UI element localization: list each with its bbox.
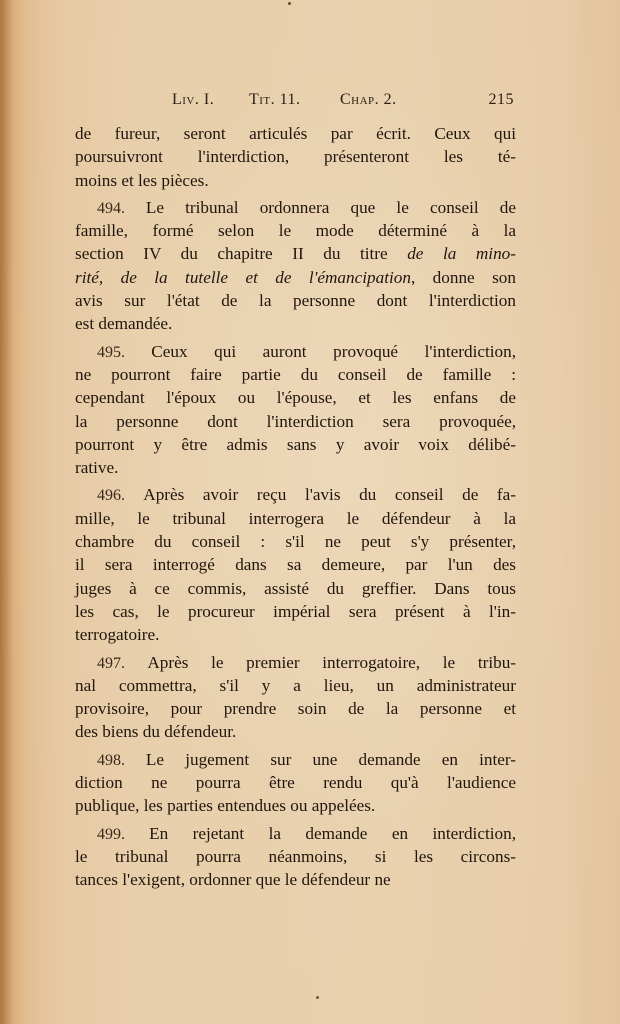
text-segment: nal commettra, s'il y a lieu, un adminis… (75, 676, 516, 695)
text-segment: mille, le tribunal interrogera le défend… (75, 509, 516, 528)
running-head-titre: Tit. 11. (249, 91, 301, 109)
text-segment: ne pourront faire partie du conseil de f… (75, 365, 516, 384)
text-line: de fureur, seront articulés par écrit. C… (75, 122, 516, 145)
article-494: 494. Le tribunal ordonnera que le consei… (75, 196, 516, 336)
text-segment: juges à ce commis, assisté du greffier. … (75, 579, 516, 598)
text-line: il sera interrogé dans sa demeure, par l… (75, 553, 516, 576)
continued-paragraph: de fureur, seront articulés par écrit. C… (75, 122, 516, 192)
text-line: est demandée. (75, 312, 516, 335)
text-line: nal commettra, s'il y a lieu, un adminis… (75, 674, 516, 697)
article-number: 495. (97, 344, 151, 361)
text-line: la personne dont l'interdiction sera pro… (75, 410, 516, 433)
text-segment: Le tribunal ordonnera que le conseil de (146, 198, 516, 217)
gutter-shadow (0, 0, 14, 1024)
text-segment: pourront y être admis sans y avoir voix … (75, 435, 516, 454)
text-segment: tances l'exigent, ordonner que le défend… (75, 870, 391, 889)
article-number: 494. (97, 200, 146, 217)
article-number: 497. (97, 655, 147, 672)
article-497: 497. Après le premier interrogatoire, le… (75, 651, 516, 744)
text-line: section IV du chapitre II du titre de la… (75, 242, 516, 265)
text-line: cependant l'époux ou l'épouse, et les en… (75, 386, 516, 409)
article-496: 496. Après avoir reçu l'avis du conseil … (75, 483, 516, 646)
text-line: provisoire, pour prendre soin de la pers… (75, 697, 516, 720)
text-line: des biens du défendeur. (75, 720, 516, 743)
text-line: pourront y être admis sans y avoir voix … (75, 433, 516, 456)
text-line: moins et les pièces. (75, 169, 516, 192)
text-segment: cependant l'époux ou l'épouse, et les en… (75, 388, 516, 407)
text-segment: chambre du conseil : s'il ne peut s'y pr… (75, 532, 516, 551)
body-text: de fureur, seront articulés par écrit. C… (75, 122, 516, 892)
book-page: Liv. I. Tit. 11. Chap. 2. 215 de fureur,… (0, 0, 620, 1024)
running-head-livre: Liv. I. (172, 91, 214, 109)
text-segment: les cas, le procureur impérial sera prés… (75, 602, 516, 621)
article-number: 499. (97, 826, 149, 843)
text-segment: des biens du défendeur. (75, 722, 236, 741)
page-number: 215 (489, 91, 515, 109)
text-segment: En rejetant la demande en interdiction, (149, 824, 516, 843)
text-segment: terrogatoire. (75, 625, 159, 644)
text-line: diction ne pourra être rendu qu'à l'audi… (75, 771, 516, 794)
text-line: 494. Le tribunal ordonnera que le consei… (75, 196, 516, 219)
italic-title-reference: rité, de la tutelle et de l'émancipation (75, 268, 411, 287)
text-line: ne pourront faire partie du conseil de f… (75, 363, 516, 386)
text-line: rité, de la tutelle et de l'émancipation… (75, 266, 516, 289)
article-498: 498. Le jugement sur une demande en inte… (75, 748, 516, 818)
text-segment: il sera interrogé dans sa demeure, par l… (75, 555, 516, 574)
running-head: Liv. I. Tit. 11. Chap. 2. 215 (172, 91, 514, 113)
article-499: 499. En rejetant la demande en interdict… (75, 822, 516, 892)
text-segment: Après avoir reçu l'avis du conseil de fa… (143, 485, 516, 504)
text-segment: de fureur, seront articulés par écrit. C… (75, 124, 516, 143)
text-line: 499. En rejetant la demande en interdict… (75, 822, 516, 845)
paper-speck (316, 996, 319, 999)
text-line: juges à ce commis, assisté du greffier. … (75, 577, 516, 600)
text-segment: Après le premier interrogatoire, le trib… (147, 653, 516, 672)
text-segment: moins et les pièces. (75, 171, 209, 190)
italic-title-reference: de la mino- (407, 244, 516, 263)
text-line: les cas, le procureur impérial sera prés… (75, 600, 516, 623)
article-495: 495. Ceux qui auront provoqué l'interdic… (75, 340, 516, 480)
text-line: 495. Ceux qui auront provoqué l'interdic… (75, 340, 516, 363)
text-segment: provisoire, pour prendre soin de la pers… (75, 699, 516, 718)
text-segment: est demandée. (75, 314, 172, 333)
text-segment: poursuivront l'interdiction, présenteron… (75, 147, 516, 166)
text-line: mille, le tribunal interrogera le défend… (75, 507, 516, 530)
text-segment: famille, formé selon le mode déterminé à… (75, 221, 516, 240)
text-segment: Le jugement sur une demande en inter- (146, 750, 516, 769)
text-line: 497. Après le premier interrogatoire, le… (75, 651, 516, 674)
text-line: terrogatoire. (75, 623, 516, 646)
text-line: 496. Après avoir reçu l'avis du conseil … (75, 483, 516, 506)
text-line: avis sur l'état de la personne dont l'in… (75, 289, 516, 312)
text-line: le tribunal pourra néanmoins, si les cir… (75, 845, 516, 868)
text-line: famille, formé selon le mode déterminé à… (75, 219, 516, 242)
text-segment: diction ne pourra être rendu qu'à l'audi… (75, 773, 516, 792)
running-head-chapitre: Chap. 2. (340, 91, 397, 109)
text-segment: , donne son (411, 268, 516, 287)
text-line: poursuivront l'interdiction, présenteron… (75, 145, 516, 168)
text-segment: la personne dont l'interdiction sera pro… (75, 412, 516, 431)
text-segment: le tribunal pourra néanmoins, si les cir… (75, 847, 516, 866)
text-segment: avis sur l'état de la personne dont l'in… (75, 291, 516, 310)
text-segment: section IV du chapitre II du titre (75, 244, 407, 263)
text-segment: Ceux qui auront provoqué l'interdiction, (151, 342, 516, 361)
article-number: 496. (97, 487, 143, 504)
text-line: tances l'exigent, ordonner que le défend… (75, 868, 516, 891)
text-line: publique, les parties entendues ou appel… (75, 794, 516, 817)
text-segment: rative. (75, 458, 118, 477)
text-line: 498. Le jugement sur une demande en inte… (75, 748, 516, 771)
article-number: 498. (97, 752, 146, 769)
text-segment: publique, les parties entendues ou appel… (75, 796, 375, 815)
text-line: rative. (75, 456, 516, 479)
paper-speck (288, 2, 291, 5)
text-line: chambre du conseil : s'il ne peut s'y pr… (75, 530, 516, 553)
